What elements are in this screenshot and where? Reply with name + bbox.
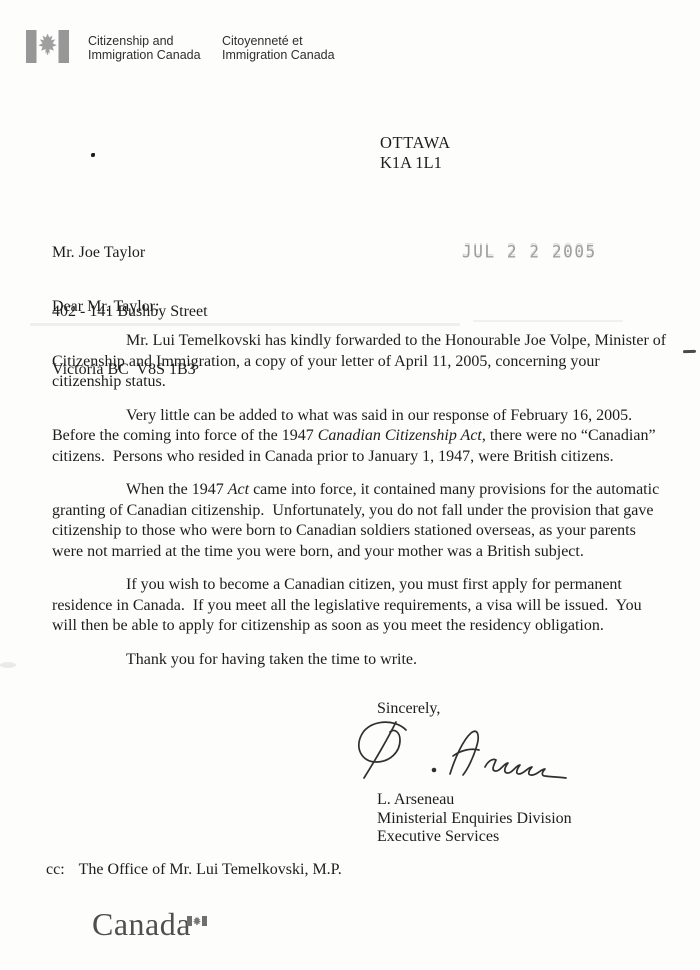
cc-label: cc: — [46, 861, 65, 878]
dept-fr-line1: Citoyenneté et — [222, 34, 335, 48]
signer-name: L. Arseneau — [377, 791, 572, 810]
paragraph-text: When the 1947 — [126, 481, 228, 498]
body-paragraph-1: Mr. Lui Temelkovski has kindly forwarded… — [52, 331, 669, 393]
handwritten-signature — [350, 716, 570, 791]
cc-recipient: The Office of Mr. Lui Temelkovski, M.P. — [79, 861, 342, 878]
canada-flag-icon — [26, 30, 69, 63]
maple-leaf-icon — [38, 34, 56, 55]
canada-wordmark: Canada — [92, 906, 191, 943]
department-name-english: Citizenship and Immigration Canada — [88, 34, 201, 62]
scan-smudge-artifact — [0, 662, 16, 668]
signer-branch: Executive Services — [377, 828, 572, 847]
sender-city: OTTAWA — [380, 133, 451, 153]
body-paragraph-4: If you wish to become a Canadian citizen… — [52, 575, 669, 637]
scanned-letter-page: Citizenship and Immigration Canada Citoy… — [0, 0, 700, 970]
dept-en-line2: Immigration Canada — [88, 48, 201, 62]
body-paragraph-5: Thank you for having taken the time to w… — [52, 650, 669, 671]
act-title-italic: Canadian Citizenship Act — [318, 427, 482, 444]
scan-edge-artifact — [683, 350, 696, 353]
sender-postal-code: K1A 1L1 — [380, 153, 451, 173]
salutation: Dear Mr. Taylor: — [52, 298, 159, 316]
cc-line: cc:The Office of Mr. Lui Temelkovski, M.… — [46, 861, 342, 879]
body-paragraph-2: Very little can be added to what was sai… — [52, 406, 669, 468]
sender-address: OTTAWA K1A 1L1 — [380, 133, 451, 173]
body-paragraph-3: When the 1947 Act came into force, it co… — [52, 480, 669, 562]
paragraph-text: Thank you for having taken the time to w… — [126, 651, 417, 668]
scan-smudge-artifact — [30, 323, 460, 326]
scan-speck-artifact — [91, 153, 95, 157]
paragraph-text: If you wish to become a Canadian citizen… — [52, 576, 646, 634]
recipient-name: Mr. Joe Taylor — [52, 243, 208, 263]
canada-flag-icon — [187, 913, 207, 931]
scan-smudge-artifact — [473, 320, 623, 322]
signature-block: L. Arseneau Ministerial Enquiries Divisi… — [377, 791, 572, 847]
department-name-french: Citoyenneté et Immigration Canada — [222, 34, 335, 62]
act-title-italic: Act — [228, 481, 249, 498]
dept-en-line1: Citizenship and — [88, 34, 201, 48]
letter-body: Mr. Lui Temelkovski has kindly forwarded… — [52, 331, 669, 683]
signer-division: Ministerial Enquiries Division — [377, 810, 572, 829]
dept-fr-line2: Immigration Canada — [222, 48, 335, 62]
date-received-stamp: JUL 2 2 2005 — [462, 241, 597, 262]
maple-leaf-icon — [193, 916, 201, 925]
paragraph-text: Mr. Lui Temelkovski has kindly forwarded… — [52, 332, 670, 390]
